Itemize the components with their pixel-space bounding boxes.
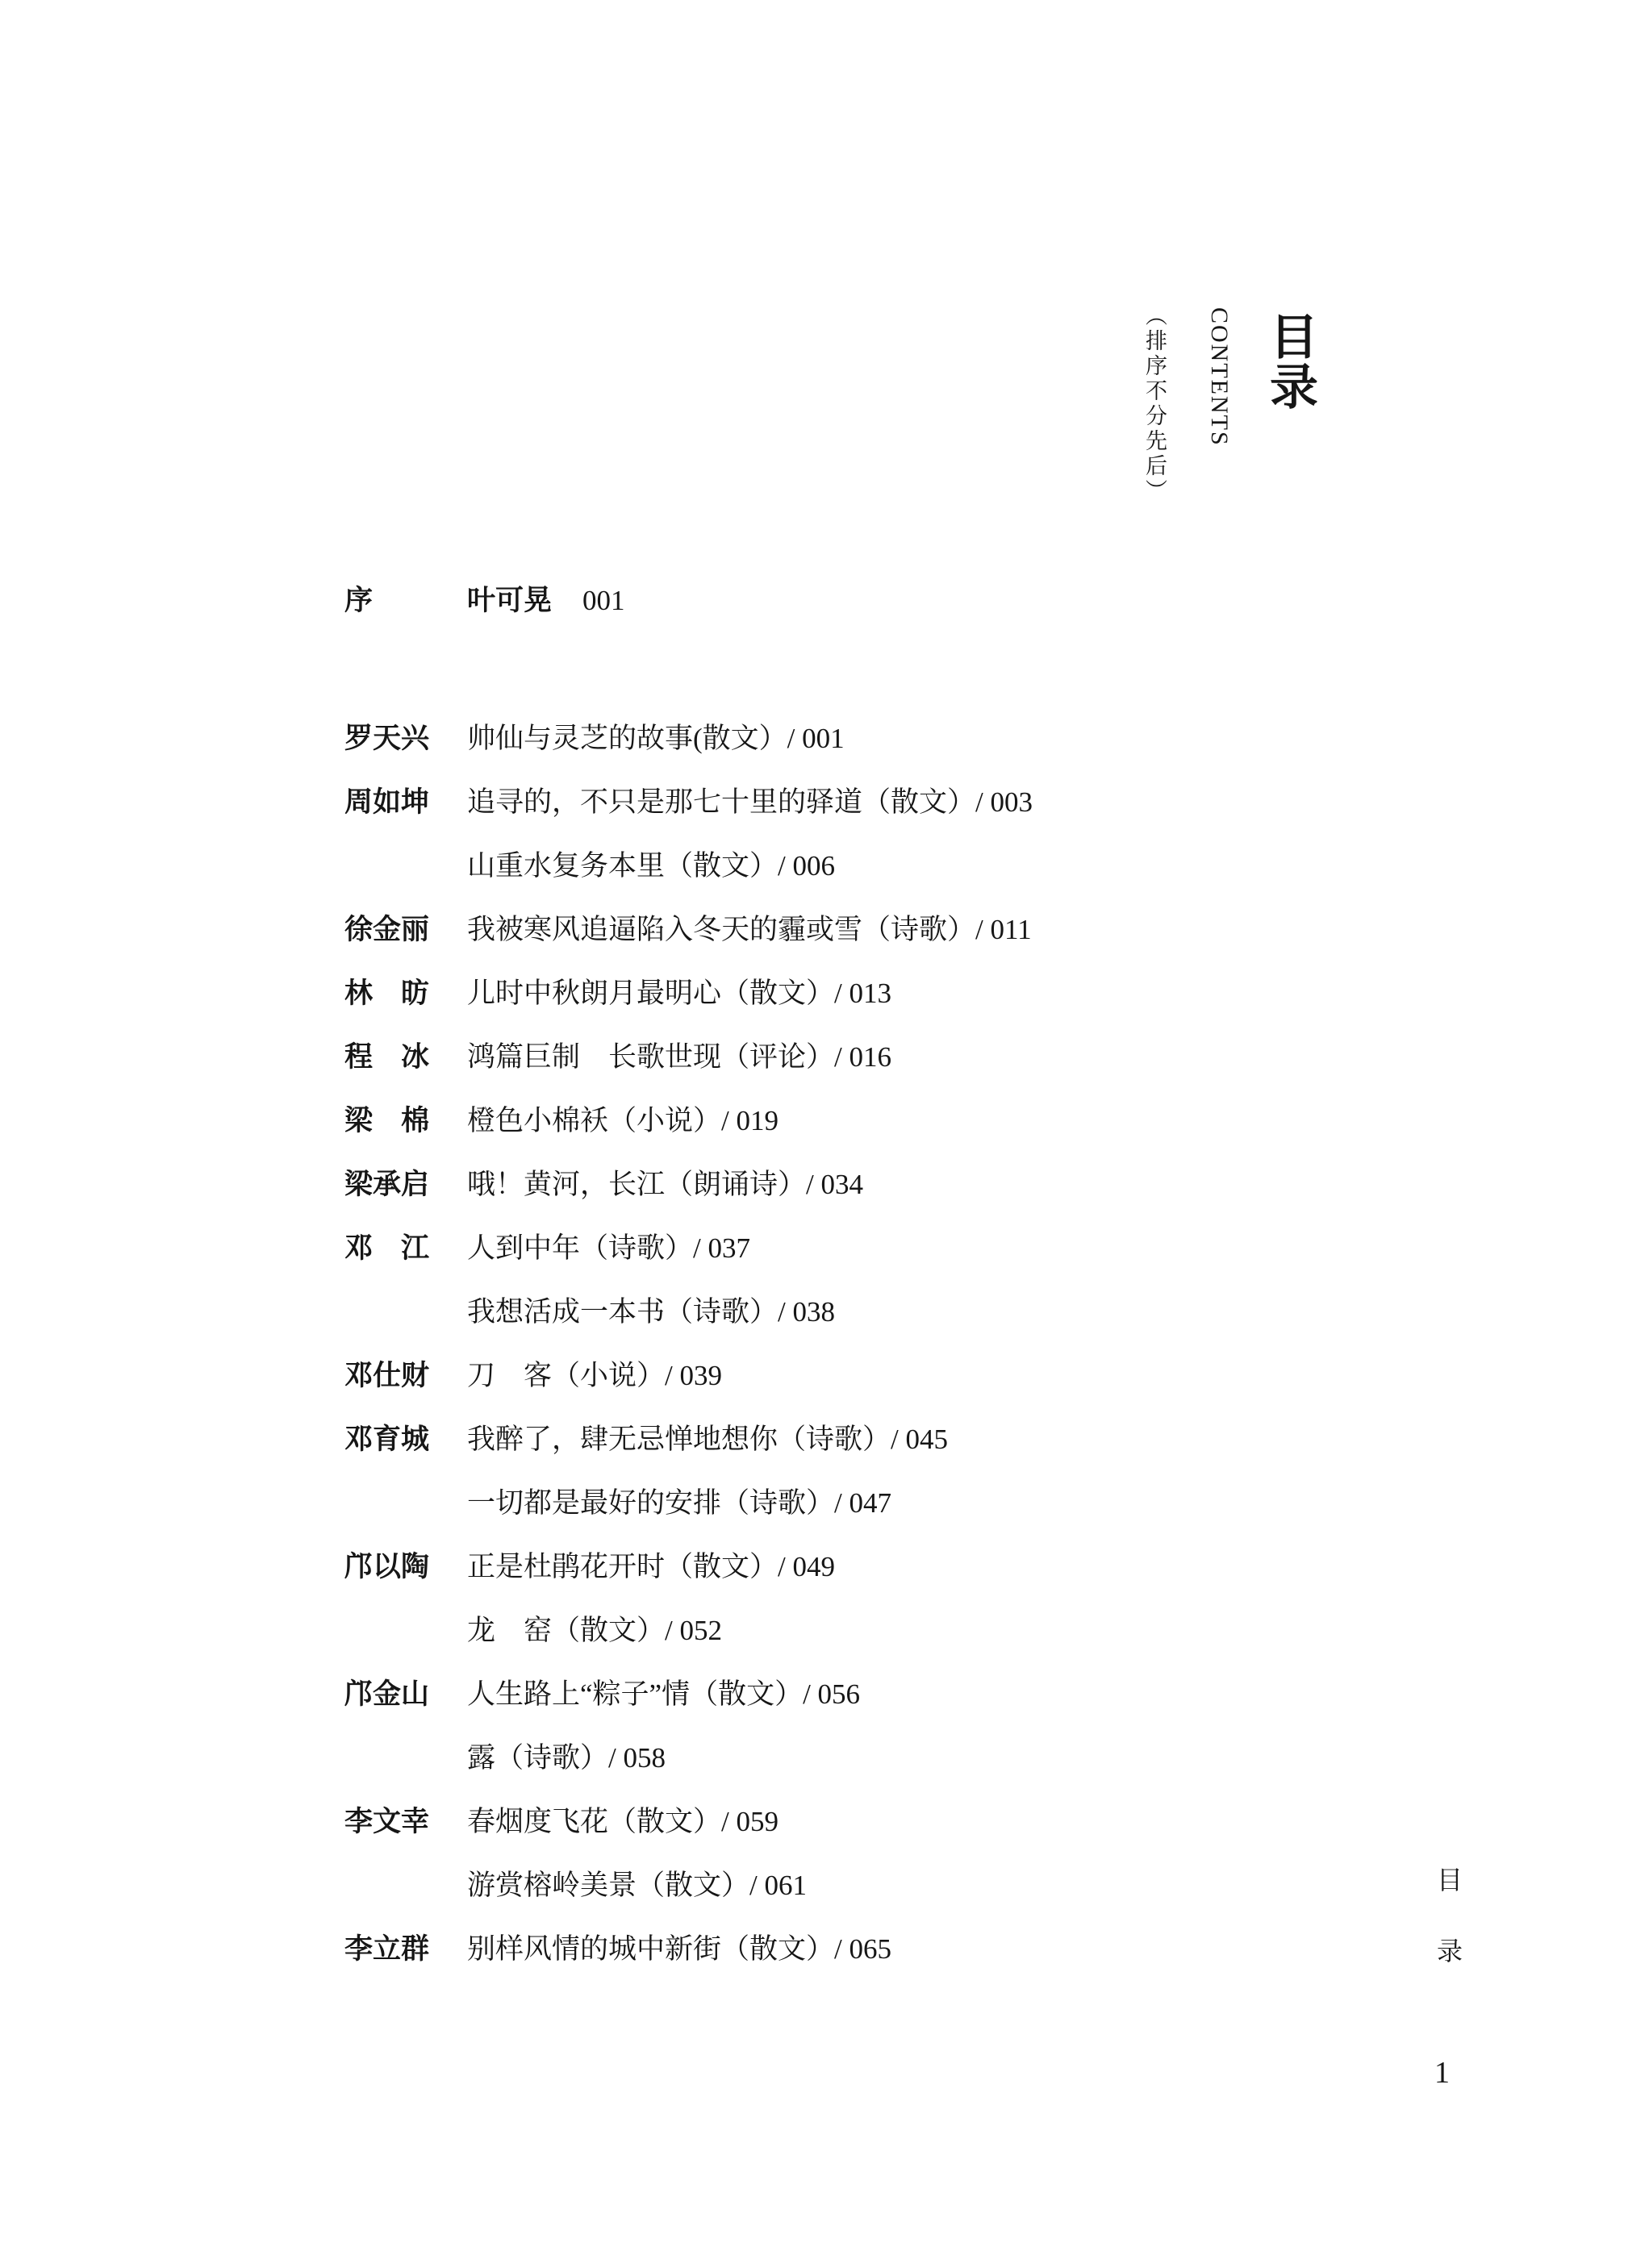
toc-entry-row: 梁承启 哦！黄河，长江（朗诵诗）/ 034 [344, 1153, 1442, 1216]
entry-author [344, 1471, 431, 1535]
entry-author: 邓仕财 [344, 1344, 431, 1407]
entry-title: 儿时中秋朗月最明心（散文）/ 013 [467, 961, 891, 1025]
toc-entry-row: 一切都是最好的安排（诗歌）/ 047 [344, 1471, 1442, 1535]
toc-entry-row: 邓育城 我醉了，肆无忌惮地想你（诗歌）/ 045 [344, 1407, 1442, 1471]
toc-entry-row: 山重水复务本里（散文）/ 006 [344, 834, 1442, 898]
toc-entry-row: 林 昉 儿时中秋朗月最明心（散文）/ 013 [344, 961, 1442, 1025]
preface-title: 叶可晃001 [467, 569, 625, 632]
entry-title: 帅仙与灵芝的故事(散文）/ 001 [467, 707, 845, 770]
entry-author [344, 1599, 431, 1662]
toc-entry-row: 李立群 别样风情的城中新街（散文）/ 065 [344, 1917, 1442, 1981]
entry-title: 我醉了，肆无忌惮地想你（诗歌）/ 045 [467, 1407, 948, 1471]
toc-entries: 罗天兴 帅仙与灵芝的故事(散文）/ 001 周如坤 追寻的，不只是那七十里的驿道… [344, 707, 1442, 1981]
entry-title: 春烟度飞花（散文）/ 059 [467, 1790, 779, 1853]
entry-author: 邓 江 [344, 1216, 431, 1280]
entry-title: 橙色小棉袄（小说）/ 019 [467, 1089, 779, 1153]
toc-entry-row: 徐金丽 我被寒风追逼陷入冬天的霾或雪（诗歌）/ 011 [344, 898, 1442, 961]
toc-entry-row: 程 冰 鸿篇巨制 长歌世现（评论）/ 016 [344, 1025, 1442, 1089]
toc-list: 序 叶可晃001 罗天兴 帅仙与灵芝的故事(散文）/ 001 周如坤 追寻的，不… [344, 569, 1442, 1981]
entry-title: 刀 客（小说）/ 039 [467, 1344, 722, 1407]
preface-author-name: 叶可晃 [467, 585, 552, 616]
toc-entry-row: 罗天兴 帅仙与灵芝的故事(散文）/ 001 [344, 707, 1442, 770]
entry-title: 一切都是最好的安排（诗歌）/ 047 [467, 1471, 891, 1535]
entry-title: 哦！黄河，长江（朗诵诗）/ 034 [467, 1153, 863, 1216]
entry-author: 徐金丽 [344, 898, 431, 961]
toc-entry-row: 李文幸 春烟度飞花（散文）/ 059 [344, 1790, 1442, 1853]
entry-author: 邓育城 [344, 1407, 431, 1471]
entry-title: 人生路上“粽子”情（散文）/ 056 [467, 1662, 860, 1726]
entry-author: 邝以陶 [344, 1535, 431, 1599]
entry-author [344, 1726, 431, 1790]
page-number: 1 [1434, 2055, 1450, 2091]
entry-title: 别样风情的城中新街（散文）/ 065 [467, 1917, 891, 1981]
entry-title: 追寻的，不只是那七十里的驿道（散文）/ 003 [467, 770, 1033, 834]
entry-title: 我被寒风追逼陷入冬天的霾或雪（诗歌）/ 011 [467, 898, 1032, 961]
entry-title: 鸿篇巨制 长歌世现（评论）/ 016 [467, 1025, 891, 1089]
ordering-note: （排序不分先后） [1139, 304, 1171, 504]
entry-author: 梁承启 [344, 1153, 431, 1216]
toc-entry-row: 龙 窑（散文）/ 052 [344, 1599, 1442, 1662]
entry-title: 露（诗歌）/ 058 [467, 1726, 666, 1790]
entry-author: 周如坤 [344, 770, 431, 834]
toc-entry-row: 周如坤 追寻的，不只是那七十里的驿道（散文）/ 003 [344, 770, 1442, 834]
page-title: 目录 [1255, 311, 1325, 411]
entry-author: 程 冰 [344, 1025, 431, 1089]
entry-author [344, 1280, 431, 1344]
entry-author: 李立群 [344, 1917, 431, 1981]
entry-author [344, 834, 431, 898]
entry-author: 梁 棉 [344, 1089, 431, 1153]
preface-page-number: 001 [582, 585, 625, 616]
entry-title: 正是杜鹃花开时（散文）/ 049 [467, 1535, 835, 1599]
toc-entry-row: 邓仕财 刀 客（小说）/ 039 [344, 1344, 1442, 1407]
entry-title: 山重水复务本里（散文）/ 006 [467, 834, 835, 898]
entry-author: 李文幸 [344, 1790, 431, 1853]
page-title-english: CONTENTS [1205, 307, 1233, 447]
toc-entry-row: 梁 棉 橙色小棉袄（小说）/ 019 [344, 1089, 1442, 1153]
toc-entry-row: 露（诗歌）/ 058 [344, 1726, 1442, 1790]
preface-label: 序 [344, 569, 431, 632]
entry-title: 游赏榕岭美景（散文）/ 061 [467, 1853, 807, 1917]
footer-vertical-label: 目录 [1430, 1866, 1467, 2008]
entry-author [344, 1853, 431, 1917]
entry-author: 邝金山 [344, 1662, 431, 1726]
entry-title: 人到中年（诗歌）/ 037 [467, 1216, 750, 1280]
toc-entry-row: 游赏榕岭美景（散文）/ 061 [344, 1853, 1442, 1917]
entry-author: 罗天兴 [344, 707, 431, 770]
toc-entry-row: 邓 江 人到中年（诗歌）/ 037 [344, 1216, 1442, 1280]
toc-page: 目录 CONTENTS （排序不分先后） 序 叶可晃001 罗天兴 帅仙与灵芝的… [0, 0, 1628, 2268]
entry-title: 我想活成一本书（诗歌）/ 038 [467, 1280, 835, 1344]
toc-entry-row: 邝以陶 正是杜鹃花开时（散文）/ 049 [344, 1535, 1442, 1599]
toc-preface-row: 序 叶可晃001 [344, 569, 1442, 632]
toc-entry-row: 我想活成一本书（诗歌）/ 038 [344, 1280, 1442, 1344]
toc-entry-row: 邝金山 人生路上“粽子”情（散文）/ 056 [344, 1662, 1442, 1726]
entry-author: 林 昉 [344, 961, 431, 1025]
entry-title: 龙 窑（散文）/ 052 [467, 1599, 722, 1662]
